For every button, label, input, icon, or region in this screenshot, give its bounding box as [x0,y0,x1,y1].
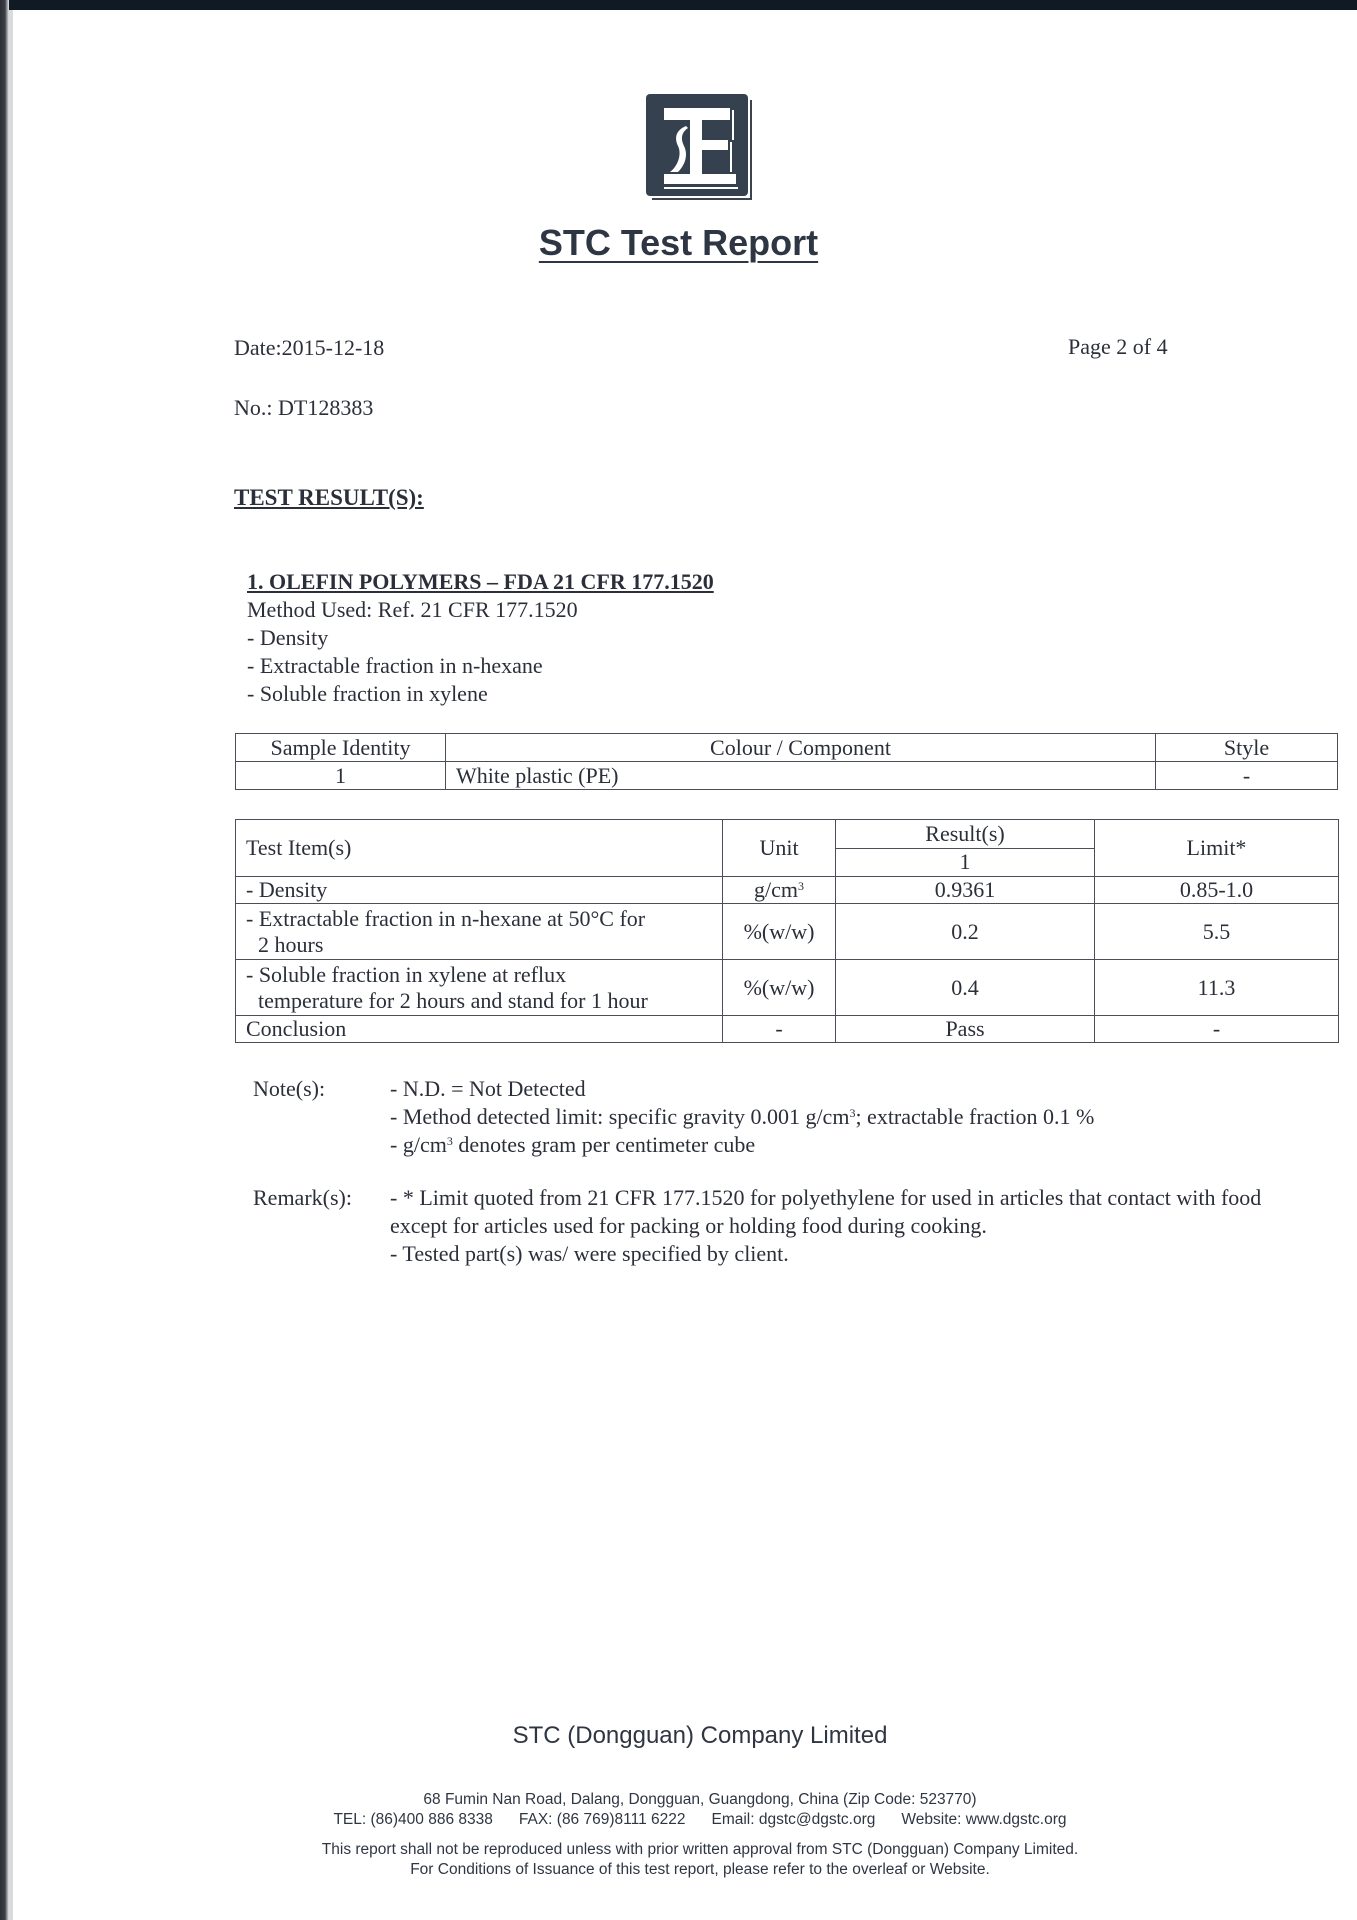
col-sample-identity: Sample Identity [236,734,446,762]
method-used: Method Used: Ref. 21 CFR 177.1520 [247,596,714,624]
unit-text: g/cm [754,877,798,902]
cell-limit: 0.85-1.0 [1095,877,1339,904]
table-row: - Soluble fraction in xylene at reflux t… [236,960,1339,1016]
section-olefin-polymers: 1. OLEFIN POLYMERS – FDA 21 CFR 177.1520… [247,568,714,708]
footer-fax: FAX: (86 769)8111 6222 [519,1811,686,1828]
notes-lines: - N.D. = Not Detected - Method detected … [390,1075,1094,1159]
footer-disclaimer: This report shall not be reproduced unle… [0,1840,1357,1880]
report-date: Date:2015-12-18 [234,335,384,361]
cell-colour-component: White plastic (PE) [446,762,1156,790]
note-text: denotes gram per centimeter cube [453,1132,755,1157]
footer-address: 68 Fumin Nan Road, Dalang, Dongguan, Gua… [0,1790,1357,1810]
table-row: - Extractable fraction in n-hexane at 50… [236,904,1339,960]
scan-edge-left-shadow [9,10,13,1920]
remarks-lines: - * Limit quoted from 21 CFR 177.1520 fo… [390,1184,1290,1268]
cell-test-item: Conclusion [236,1016,723,1043]
report-title: STC Test Report [0,222,1357,264]
cell-result: 0.9361 [836,877,1095,904]
cell-test-item: - Extractable fraction in n-hexane at 50… [236,904,723,960]
scan-edge-left [0,0,9,1920]
col-results: Result(s) [836,820,1095,849]
test-item-line: - Soluble fraction in xylene at reflux [246,962,712,988]
method-item: - Soluble fraction in xylene [247,680,714,708]
report-number: No.: DT128383 [234,395,373,421]
col-unit: Unit [723,820,836,877]
test-item-line: - Extractable fraction in n-hexane at 50… [246,906,712,932]
cell-unit: %(w/w) [723,904,836,960]
unit-superscript: 3 [798,879,804,893]
scan-edge-top [0,0,1357,10]
table-row: - Density g/cm3 0.9361 0.85-1.0 [236,877,1339,904]
notes-block: Note(s): - N.D. = Not Detected - Method … [253,1075,1094,1159]
cell-limit: 5.5 [1095,904,1339,960]
cell-sample-id: 1 [236,762,446,790]
disclaimer-line: This report shall not be reproduced unle… [0,1840,1357,1860]
note-text: ; extractable fraction 0.1 % [855,1104,1094,1129]
note-line: - Method detected limit: specific gravit… [390,1103,1094,1131]
result-table: Test Item(s) Unit Result(s) Limit* 1 - D… [235,819,1339,1043]
cell-style: - [1156,762,1338,790]
cell-unit: %(w/w) [723,960,836,1016]
footer-company-name: STC (Dongguan) Company Limited [0,1722,1357,1750]
cell-limit: 11.3 [1095,960,1339,1016]
col-sample-1: 1 [836,848,1095,877]
cell-test-item: - Soluble fraction in xylene at reflux t… [236,960,723,1016]
cell-unit: g/cm3 [723,877,836,904]
cell-result: 0.4 [836,960,1095,1016]
table-header-row: Test Item(s) Unit Result(s) Limit* [236,820,1339,849]
footer-email[interactable]: Email: dgstc@dgstc.org [711,1811,875,1828]
method-item: - Extractable fraction in n-hexane [247,652,714,680]
col-style: Style [1156,734,1338,762]
note-line: - g/cm3 denotes gram per centimeter cube [390,1131,1094,1159]
notes-label: Note(s): [253,1075,390,1103]
remarks-block: Remark(s): - * Limit quoted from 21 CFR … [253,1184,1290,1268]
test-results-heading: TEST RESULT(S): [234,485,424,511]
cell-result: Pass [836,1016,1095,1043]
stc-logo-icon [646,94,756,204]
cell-limit: - [1095,1016,1339,1043]
cell-unit: - [723,1016,836,1043]
page-number: Page 2 of 4 [1068,334,1168,360]
table-row: 1 White plastic (PE) - [236,762,1338,790]
section-heading: 1. OLEFIN POLYMERS – FDA 21 CFR 177.1520 [247,568,714,596]
table-row-conclusion: Conclusion - Pass - [236,1016,1339,1043]
table-header-row: Sample Identity Colour / Component Style [236,734,1338,762]
method-item: - Density [247,624,714,652]
disclaimer-line: For Conditions of Issuance of this test … [0,1860,1357,1880]
col-test-item: Test Item(s) [236,820,723,877]
cell-test-item: - Density [236,877,723,904]
remarks-label: Remark(s): [253,1184,390,1212]
cell-result: 0.2 [836,904,1095,960]
test-item-line: temperature for 2 hours and stand for 1 … [246,988,712,1014]
footer-website[interactable]: Website: www.dgstc.org [901,1811,1066,1828]
test-item-line: 2 hours [246,932,712,958]
note-superscript: 3 [849,1106,855,1120]
footer-contact: 68 Fumin Nan Road, Dalang, Dongguan, Gua… [0,1790,1357,1830]
col-colour-component: Colour / Component [446,734,1156,762]
note-line: - N.D. = Not Detected [390,1075,1094,1103]
note-text: - Method detected limit: specific gravit… [390,1104,849,1129]
footer-contact-line: TEL: (86)400 886 8338FAX: (86 769)8111 6… [0,1810,1357,1830]
remark-line: - Tested part(s) was/ were specified by … [390,1240,1290,1268]
note-superscript: 3 [447,1134,453,1148]
footer-tel: TEL: (86)400 886 8338 [333,1811,492,1828]
note-text: - g/cm [390,1132,447,1157]
remark-line: - * Limit quoted from 21 CFR 177.1520 fo… [390,1184,1290,1240]
col-limit: Limit* [1095,820,1339,877]
sample-table: Sample Identity Colour / Component Style… [235,733,1338,790]
